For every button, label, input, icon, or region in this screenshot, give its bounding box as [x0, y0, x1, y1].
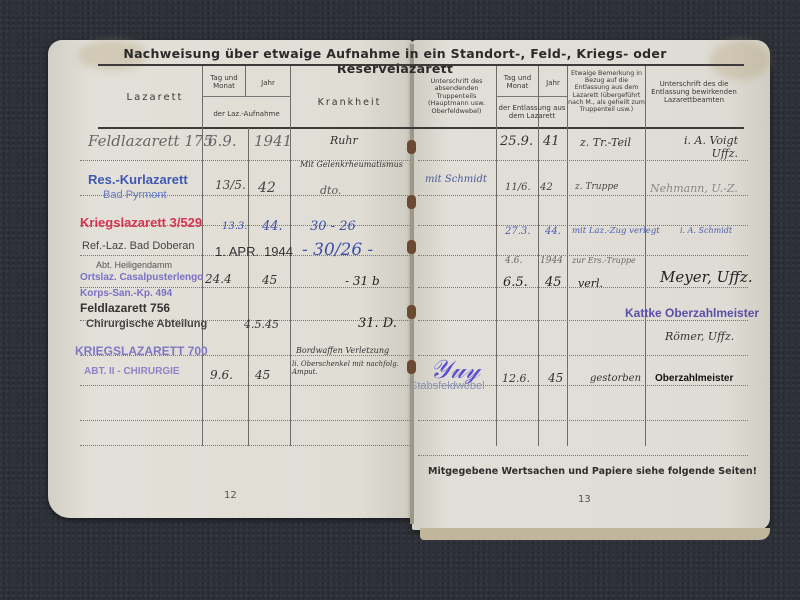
header-bemerkung: Etwaige Bemerkung in Bezug auf die Entla…	[568, 70, 645, 113]
entry-jahr: 1941	[254, 132, 292, 150]
stamp-ref-laz: Ref.-Laz. Bad Doberan	[82, 240, 195, 252]
signature-violet: 𝒴𝓊𝓎	[430, 355, 480, 386]
entry-tag: 6.9.	[208, 132, 237, 150]
stamp-abt: Abt. Heiligendamm	[96, 260, 172, 270]
rule	[98, 127, 744, 129]
header-krankheit: Krankheit	[292, 98, 407, 109]
footer-note: Mitgegebene Wertsachen und Papiere siehe…	[428, 466, 757, 477]
stain	[710, 40, 770, 80]
stamp-date: 1. APR.	[215, 244, 259, 259]
entry-tag: 4.6.	[505, 256, 522, 266]
header-entlassung: der Entlassung aus dem Lazarett	[497, 104, 567, 120]
entry-tag: 25.9.	[500, 134, 533, 149]
entry-krankheit: 30 - 26	[310, 219, 356, 234]
page-number-right: 13	[578, 494, 591, 505]
stamp-oberzahlmeister-2: Oberzahlmeister	[655, 373, 733, 384]
entry-unterschrift: i. A. Schmidt	[680, 226, 732, 235]
header-unterschrift-truppe: Unterschrift des absendenden Truppenteil…	[418, 78, 495, 115]
binding-stitch	[407, 240, 416, 254]
binding-stitch	[407, 195, 416, 209]
row-rule	[80, 420, 410, 421]
col-divider	[567, 66, 568, 446]
entry-truppe: mit Schmidt	[425, 174, 487, 185]
stamp-abt-chirurgie: ABT. II - CHIRURGIE	[84, 366, 180, 377]
entry-krankheit: - 31 b	[345, 274, 380, 288]
row-rule	[80, 445, 410, 446]
entry-jahr: 44.	[262, 219, 283, 234]
entry-tag: 9.6.	[210, 368, 233, 382]
entry-tag: 13/5.	[215, 178, 246, 192]
entry-bemerkung: mit Laz.-Zug verlegt	[572, 226, 660, 236]
entry-lazarett: Feldlazarett 175	[88, 132, 213, 150]
entry-bemerkung: z. Truppe	[575, 182, 618, 192]
rule	[496, 96, 567, 97]
entry-jahr: 41	[543, 134, 560, 149]
header-jahr-right: Jahr	[539, 79, 567, 87]
entry-krankheit: - 30/26 -	[302, 240, 373, 260]
entry-tag: 6.5.	[503, 275, 528, 290]
header-aufnahme: der Laz.-Aufnahme	[203, 110, 290, 118]
stamp-korps: Korps-San.-Kp. 494	[80, 288, 172, 299]
stamp-year: 1944	[264, 244, 293, 259]
col-divider	[496, 66, 497, 446]
header-tag-monat: Tag und Monat	[203, 74, 245, 90]
row-rule	[418, 195, 748, 196]
entry-jahr: 45	[255, 368, 270, 382]
binding-stitch	[407, 360, 416, 374]
binding-stitch	[407, 305, 416, 319]
entry-unterschrift: Meyer, Uffz.	[660, 268, 753, 286]
rule	[98, 64, 744, 66]
entry-krankheit: Bordwaffen Verletzung	[296, 346, 389, 355]
col-divider	[645, 66, 646, 446]
entry-bemerkung: z. Tr.-Teil	[580, 136, 631, 149]
row-rule	[418, 455, 748, 456]
entry-tag: 13.3.	[222, 221, 247, 232]
col-divider	[538, 66, 539, 446]
entry-bemerkung: verl.	[578, 277, 603, 290]
entry-jahr: 1944	[540, 256, 563, 266]
entry-bemerkung: zur Ers.-Truppe	[572, 256, 636, 265]
entry-krankheit: Ruhr	[330, 134, 358, 147]
stamp-bad-pyrmont: Bad Pyrmont	[103, 189, 167, 201]
entry-krankheit: Mit Gelenkrheumatismus	[300, 160, 403, 169]
entry-tag: 12.6.	[502, 372, 530, 385]
entry-jahr: 44.	[545, 226, 561, 237]
row-rule	[418, 320, 748, 321]
entry-jahr: 45	[262, 273, 277, 287]
entry-jahr: 42	[540, 182, 553, 193]
entry-tag: 24.4	[205, 272, 232, 286]
row-rule	[418, 420, 748, 421]
stamp-kriegslazarett-700: KRIEGSLAZARETT 700	[75, 344, 208, 358]
stamp-chirurgische: Chirurgische Abteilung	[86, 318, 207, 330]
entry-unterschrift: Nehmann, U.-Z.	[650, 182, 738, 195]
col-divider	[202, 66, 203, 446]
row-rule	[418, 160, 748, 161]
stamp-kriegslazarett: Kriegslazarett 3/529	[80, 215, 202, 230]
stamp-feldlazarett: Feldlazarett 756	[80, 301, 170, 315]
header-tag-monat-right: Tag und Monat	[497, 74, 538, 90]
entry-unterschrift: Römer, Uffz.	[665, 330, 734, 343]
stamp-ortslaz: Ortslaz. Casalpusterlengo	[80, 272, 203, 283]
header-lazarett: Lazarett	[110, 92, 200, 104]
header-jahr: Jahr	[246, 79, 290, 87]
binding-stitch	[407, 140, 416, 154]
entry-bemerkung: gestorben	[590, 373, 641, 384]
header-unterschrift-beamte: Unterschrift des die Entlassung bewirken…	[646, 80, 742, 104]
page-number-left: 12	[224, 490, 237, 501]
entry-jahr: 45	[548, 371, 563, 385]
entry-jahr: 4.5.45	[244, 318, 279, 331]
book-spine	[410, 44, 414, 524]
entry-krankheit: li. Oberschenkel mit nachfolg. Amput.	[292, 360, 402, 376]
rule	[202, 96, 290, 97]
entry-krankheit: dto.	[320, 184, 341, 197]
row-rule	[80, 385, 410, 386]
entry-jahr: 45	[545, 275, 562, 290]
entry-unterschrift: i. A. Voigt Uffz.	[658, 134, 738, 160]
stamp-res-kurlazarett: Res.-Kurlazarett	[88, 172, 188, 187]
entry-tag: 11/6.	[505, 182, 531, 193]
stamp-oberzahlmeister: Kattke Oberzahlmeister	[625, 306, 759, 320]
entry-tag: 27.3.	[505, 226, 530, 237]
entry-krankheit: 31. D.	[358, 316, 397, 331]
entry-jahr: 42	[258, 180, 276, 196]
